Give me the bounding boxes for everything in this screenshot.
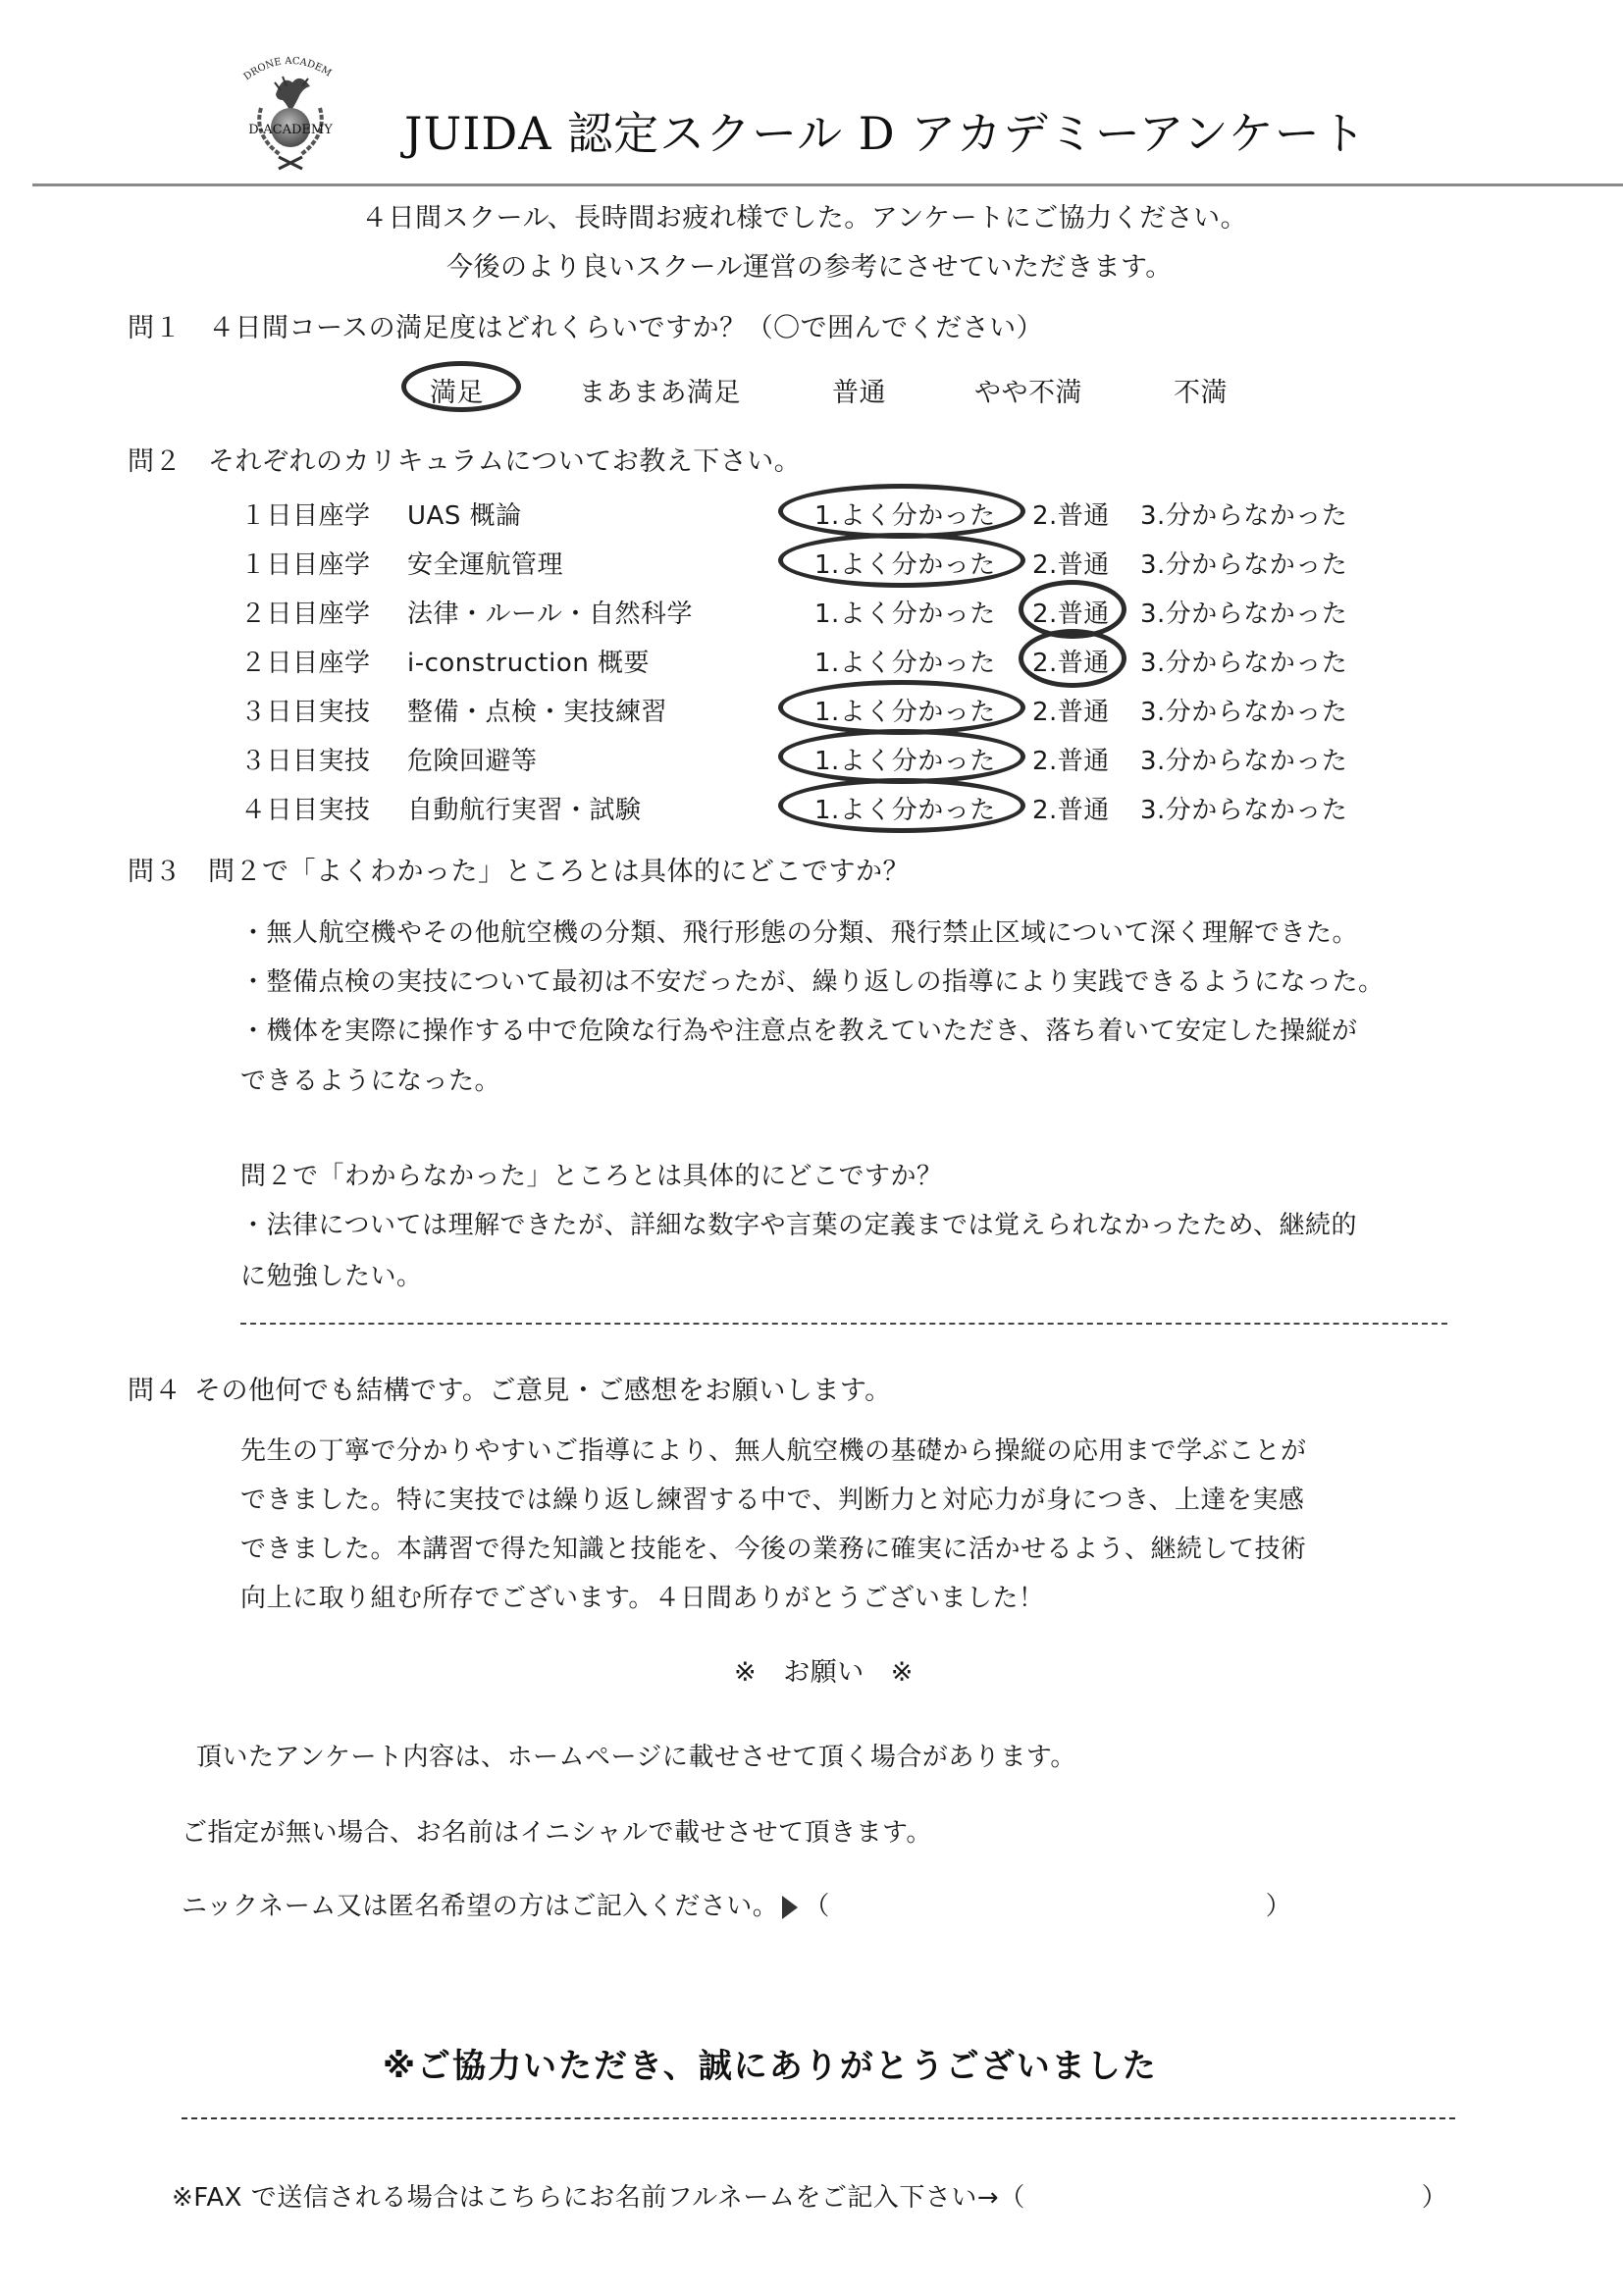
course-name: 安全運航管理 — [407, 545, 563, 581]
fax-name-row: ※FAX で送信される場合はこちらにお名前フルネームをご記入下さい→（） — [172, 2177, 1447, 2217]
option-understood[interactable]: 1.よく分かった — [814, 594, 996, 630]
option-understood[interactable]: 1.よく分かった — [814, 643, 996, 679]
option-normal[interactable]: 2.普通 — [1032, 741, 1110, 777]
fax-name-label: ※FAX で送信される場合はこちらにお名前フルネームをご記入下さい→ — [172, 2183, 999, 2213]
option-not-understood[interactable]: 3.分からなかった — [1140, 594, 1347, 630]
answer-line: 先生の丁寧で分かりやすいご指導により、無人航空機の基礎から操縦の応用まで学ぶこと… — [240, 1431, 1307, 1467]
option-normal[interactable]: 2.普通 — [1032, 545, 1110, 581]
option-not-understood[interactable]: 3.分からなかった — [1140, 790, 1347, 826]
option-not-understood[interactable]: 3.分からなかった — [1140, 643, 1347, 679]
section-dashed-divider — [240, 1323, 1447, 1325]
option-normal[interactable]: 2.普通 — [1032, 790, 1110, 826]
course-day: ３日目実技 — [240, 741, 371, 777]
course-name: 整備・点検・実技練習 — [407, 692, 667, 728]
q3-question: 問２で「よくわかった」ところとは具体的にどこですか？ — [208, 850, 910, 888]
drone-academy-emblem-icon: DRONE ACADEMY D-ACADEMY — [232, 47, 349, 175]
paren-close: ） — [1266, 1892, 1292, 1921]
header-divider — [32, 183, 1623, 186]
request-line-1: 頂いたアンケート内容は、ホームページに載せさせて頂く場合があります。 — [196, 1737, 1076, 1773]
q1-label: 問１ — [128, 306, 182, 344]
q2-question: それぞれのカリキュラムについてお教え下さい。 — [208, 440, 801, 478]
option-not-understood[interactable]: 3.分からなかった — [1140, 692, 1347, 728]
nickname-row: ニックネーム又は匿名希望の方はご記入ください。（） — [182, 1886, 1291, 1925]
option-normal[interactable]: 2.普通 — [1032, 594, 1110, 630]
option-not-understood[interactable]: 3.分からなかった — [1140, 545, 1347, 581]
intro-line-2: 今後のより良いスクール運営の参考にさせていただきます。 — [446, 245, 1173, 284]
fax-fullname-input[interactable] — [1025, 2181, 1422, 2217]
thank-you-message: ※ご協力いただき、誠にありがとうございました — [383, 2039, 1158, 2087]
answer-line: ・機体を実際に操作する中で危険な行為や注意点を教えていただき、落ち着いて安定した… — [240, 1011, 1357, 1047]
option-normal[interactable]: 2.普通 — [1032, 643, 1110, 679]
answer-line: 向上に取り組む所存でございます。４日間ありがとうございました！ — [240, 1578, 1044, 1614]
intro-line-1: ４日間スクール、長時間お疲れ様でした。アンケートにご協力ください。 — [361, 196, 1247, 235]
option-normal[interactable]: 2.普通 — [1032, 496, 1110, 532]
paren-close: ） — [1422, 2183, 1448, 2213]
course-name: i-construction 概要 — [407, 643, 650, 679]
q1-option-dissatisfied[interactable]: 不満 — [1174, 371, 1228, 409]
course-name: 法律・ルール・自然科学 — [407, 594, 693, 630]
q1-option-somewhat-satisfied[interactable]: まあまあ満足 — [579, 371, 741, 409]
course-day: ３日目実技 — [240, 692, 371, 728]
answer-line: できるようになった。 — [240, 1061, 500, 1097]
paren-open: （ — [804, 1892, 830, 1921]
triangle-pointer-icon — [782, 1896, 798, 1919]
answer-line: ・整備点検の実技について最初は不安だったが、繰り返しの指導により実践できるように… — [240, 962, 1384, 998]
course-name: UAS 概論 — [407, 496, 522, 532]
q4-question: その他何でも結構です。ご意見・ご感想をお願いします。 — [194, 1369, 892, 1407]
academy-logo: DRONE ACADEMY D-ACADEMY — [232, 47, 349, 175]
option-understood[interactable]: 1.よく分かった — [814, 496, 996, 532]
course-day: ４日目実技 — [240, 790, 371, 826]
nickname-label: ニックネーム又は匿名希望の方はご記入ください。 — [182, 1892, 778, 1921]
course-day: ２日目座学 — [240, 594, 371, 630]
option-understood[interactable]: 1.よく分かった — [814, 790, 996, 826]
q1-option-somewhat-dissatisfied[interactable]: やや不満 — [974, 371, 1082, 409]
course-name: 危険回避等 — [407, 741, 538, 777]
q3-sub-question: 問２で「わからなかった」ところとは具体的にどこですか？ — [240, 1156, 943, 1192]
answer-line: できました。本講習で得た知識と技能を、今後の業務に確実に活かせるよう、継続して技… — [240, 1529, 1307, 1565]
page-title: JUIDA 認定スクール D アカデミーアンケート — [404, 98, 1367, 163]
answer-line: に勉強したい。 — [240, 1256, 423, 1292]
option-normal[interactable]: 2.普通 — [1032, 692, 1110, 728]
q2-label: 問２ — [128, 440, 182, 478]
option-not-understood[interactable]: 3.分からなかった — [1140, 496, 1347, 532]
paren-open: （ — [999, 2183, 1025, 2213]
course-name: 自動航行実習・試験 — [407, 790, 642, 826]
q1-question: ４日間コースの満足度はどれくらいですか？（〇で囲んでください） — [208, 306, 1043, 344]
option-understood[interactable]: 1.よく分かった — [814, 741, 996, 777]
option-not-understood[interactable]: 3.分からなかった — [1140, 741, 1347, 777]
q4-label: 問４ — [128, 1369, 182, 1407]
request-line-2: ご指定が無い場合、お名前はイニシャルで載せさせて頂きます。 — [182, 1812, 932, 1849]
q1-option-satisfied[interactable]: 満足 — [430, 371, 484, 409]
course-day: ２日目座学 — [240, 643, 371, 679]
footer-dashed-divider — [182, 2117, 1455, 2119]
answer-line: できました。特に実技では繰り返し練習する中で、判断力と対応力が身につき、上達を実… — [240, 1480, 1304, 1516]
option-understood[interactable]: 1.よく分かった — [814, 545, 996, 581]
nickname-input[interactable] — [830, 1890, 1266, 1925]
request-heading: ※ お願い ※ — [734, 1650, 914, 1689]
answer-line: ・無人航空機やその他航空機の分類、飛行形態の分類、飛行禁止区域について深く理解で… — [240, 913, 1358, 949]
q1-option-neutral[interactable]: 普通 — [832, 371, 886, 409]
answer-line: ・法律については理解できたが、詳細な数字や言葉の定義までは覚えられなかったため、… — [240, 1205, 1357, 1241]
course-day: １日目座学 — [240, 545, 371, 581]
q3-label: 問３ — [128, 850, 182, 888]
course-day: １日目座学 — [240, 496, 371, 532]
option-understood[interactable]: 1.よく分かった — [814, 692, 996, 728]
svg-text:D-ACADEMY: D-ACADEMY — [248, 123, 333, 137]
